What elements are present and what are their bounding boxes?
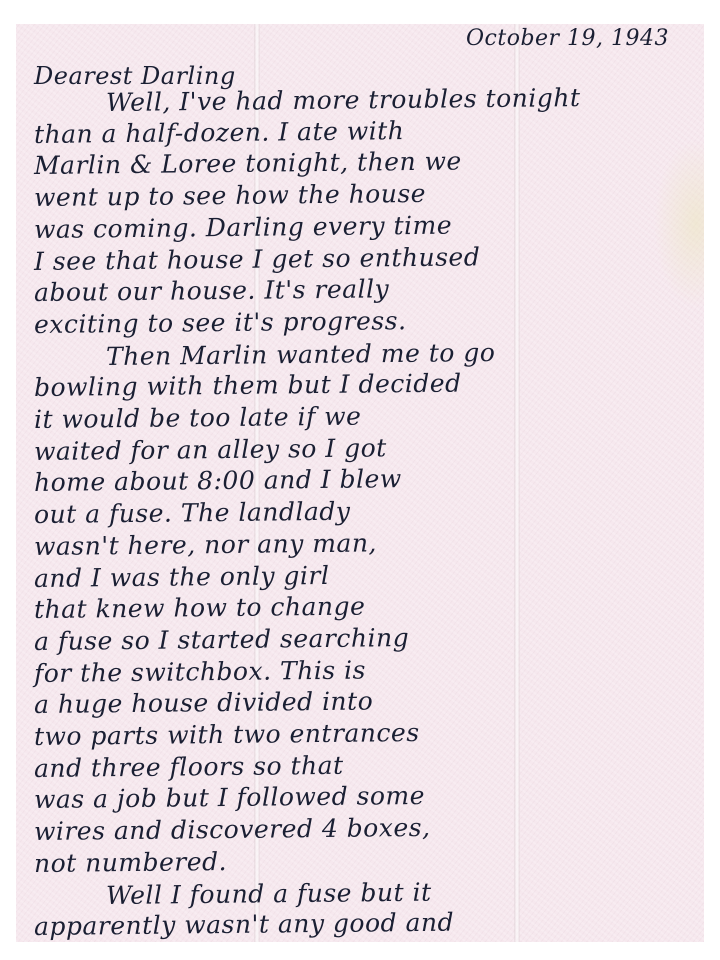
letter-line: Well I found a fuse but it (106, 877, 432, 909)
letter-line: two parts with two entrances (34, 718, 420, 751)
letter-line: went up to see how the house (34, 179, 426, 212)
letter-line: a huge house divided into (34, 687, 373, 720)
letter-line: apparently wasn't any good and (34, 908, 454, 941)
letter-line: home about 8:00 and I blew (34, 465, 402, 498)
letter-line: about our house. It's really (34, 274, 390, 307)
letter-line: out a fuse. The landlady (34, 497, 351, 529)
letter-line: and three floors so that (34, 750, 344, 782)
paper-fold (514, 24, 520, 942)
letter-line: bowling with them but I decided (34, 369, 462, 402)
letter-page: October 19, 1943 Dearest Darling Well, I… (16, 24, 704, 942)
letter-line: and I was the only girl (34, 560, 330, 592)
letter-line: wires and discovered 4 boxes, (34, 813, 431, 846)
letter-line: not numbered. (34, 847, 227, 878)
letter-line: was coming. Darling every time (34, 210, 452, 243)
letter-line: a fuse so I started searching (34, 623, 409, 656)
letter-line: Then Marlin wanted me to go (106, 338, 496, 371)
letter-line: that knew how to change (34, 592, 366, 624)
letter-line: Marlin & Loree tonight, then we (34, 147, 462, 180)
letter-line: exciting to see it's progress. (34, 306, 407, 339)
letter-line: than a half-dozen. I ate with (34, 116, 405, 149)
letter-line: was a job but I followed some (34, 781, 425, 814)
letter-line: wasn't here, nor any man, (34, 528, 377, 561)
letter-salutation: Dearest Darling (34, 62, 236, 90)
letter-line: Well, I've had more troubles tonight (106, 83, 581, 117)
letter-line: I see that house I get so enthused (34, 242, 481, 276)
letter-line: for the switchbox. This is (34, 655, 366, 687)
letter-date: October 19, 1943 (466, 26, 669, 51)
letter-line: waited for an alley so I got (34, 433, 387, 466)
letter-line: it would be too late if we (34, 402, 362, 434)
